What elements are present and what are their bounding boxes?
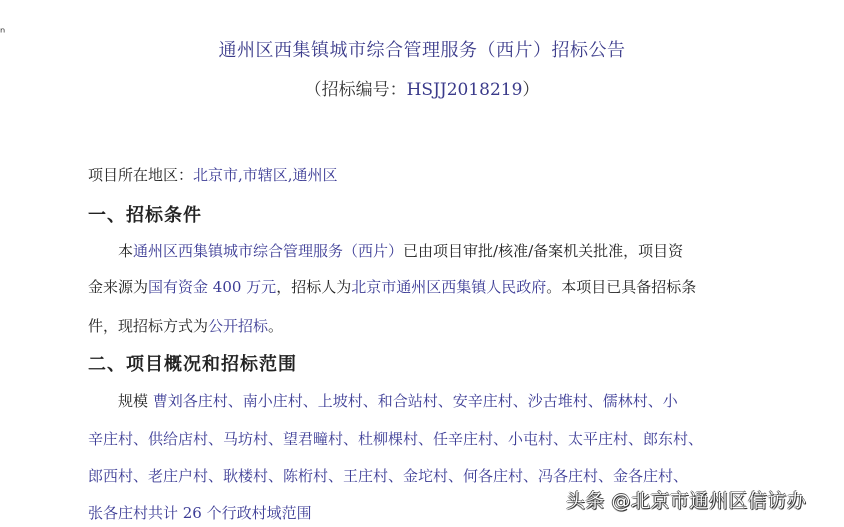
- document-title: 通州区西集镇城市综合管理服务（西片）招标公告: [0, 36, 844, 62]
- text: 。: [268, 317, 283, 335]
- text: 金来源为: [88, 278, 148, 296]
- tenderer: 北京市通州区西集镇人民政府: [351, 278, 546, 296]
- scale-label: 规模: [118, 392, 148, 410]
- bid-number-prefix: （招标编号：: [305, 80, 407, 100]
- text: ，招标人为: [276, 278, 351, 296]
- location-label: 项目所在地区：: [88, 166, 193, 184]
- section-heading-project-overview: 二、项目概况和招标范围: [88, 350, 297, 376]
- scope-line-3: 郎西村、老庄户村、耿楼村、陈桁村、王庄村、金坨村、何各庄村、冯各庄村、金各庄村、: [88, 465, 688, 486]
- bid-conditions-line-3: 件，现招标方式为公开招标。: [88, 315, 283, 336]
- scope-line-4: 张各庄村共计 26 个行政村域范围: [88, 502, 312, 523]
- village-list: 曹刘各庄村、南小庄村、上坡村、和合站村、安辛庄村、沙古堆村、儒林村、小: [153, 392, 678, 410]
- text: 已由项目审批/核准/备案机关批准，项目资: [403, 242, 683, 260]
- project-name-link: 通州区西集镇城市综合管理服务（西片）: [133, 242, 403, 260]
- text: 件，现招标方式为: [88, 317, 208, 335]
- text: 本: [118, 242, 133, 260]
- fund-source: 国有资金 400 万元: [148, 278, 276, 296]
- scope-line-1: 规模 曹刘各庄村、南小庄村、上坡村、和合站村、安辛庄村、沙古堆村、儒林村、小: [118, 390, 678, 411]
- bid-number: （招标编号：HSJJ2018219）: [0, 75, 844, 100]
- watermark: 头条 @北京市通州区信访办: [566, 486, 807, 513]
- bid-conditions-line-2: 金来源为国有资金 400 万元，招标人为北京市通州区西集镇人民政府。本项目已具备…: [88, 276, 696, 297]
- text: 。本项目已具备招标条: [546, 278, 696, 296]
- bid-method: 公开招标: [208, 317, 268, 335]
- project-location: 项目所在地区：北京市,市辖区,通州区: [88, 164, 338, 185]
- location-value: 北京市,市辖区,通州区: [193, 166, 338, 184]
- section-heading-bid-conditions: 一、招标条件: [88, 201, 202, 227]
- bid-number-code: HSJJ2018219: [407, 80, 523, 100]
- bid-number-suffix: ）: [522, 80, 539, 100]
- scope-line-2: 辛庄村、供给店村、马坊村、望君疃村、杜柳棵村、任辛庄村、小屯村、太平庄村、郎东村…: [88, 428, 703, 449]
- bid-conditions-line-1: 本通州区西集镇城市综合管理服务（西片）已由项目审批/核准/备案机关批准，项目资: [118, 240, 683, 261]
